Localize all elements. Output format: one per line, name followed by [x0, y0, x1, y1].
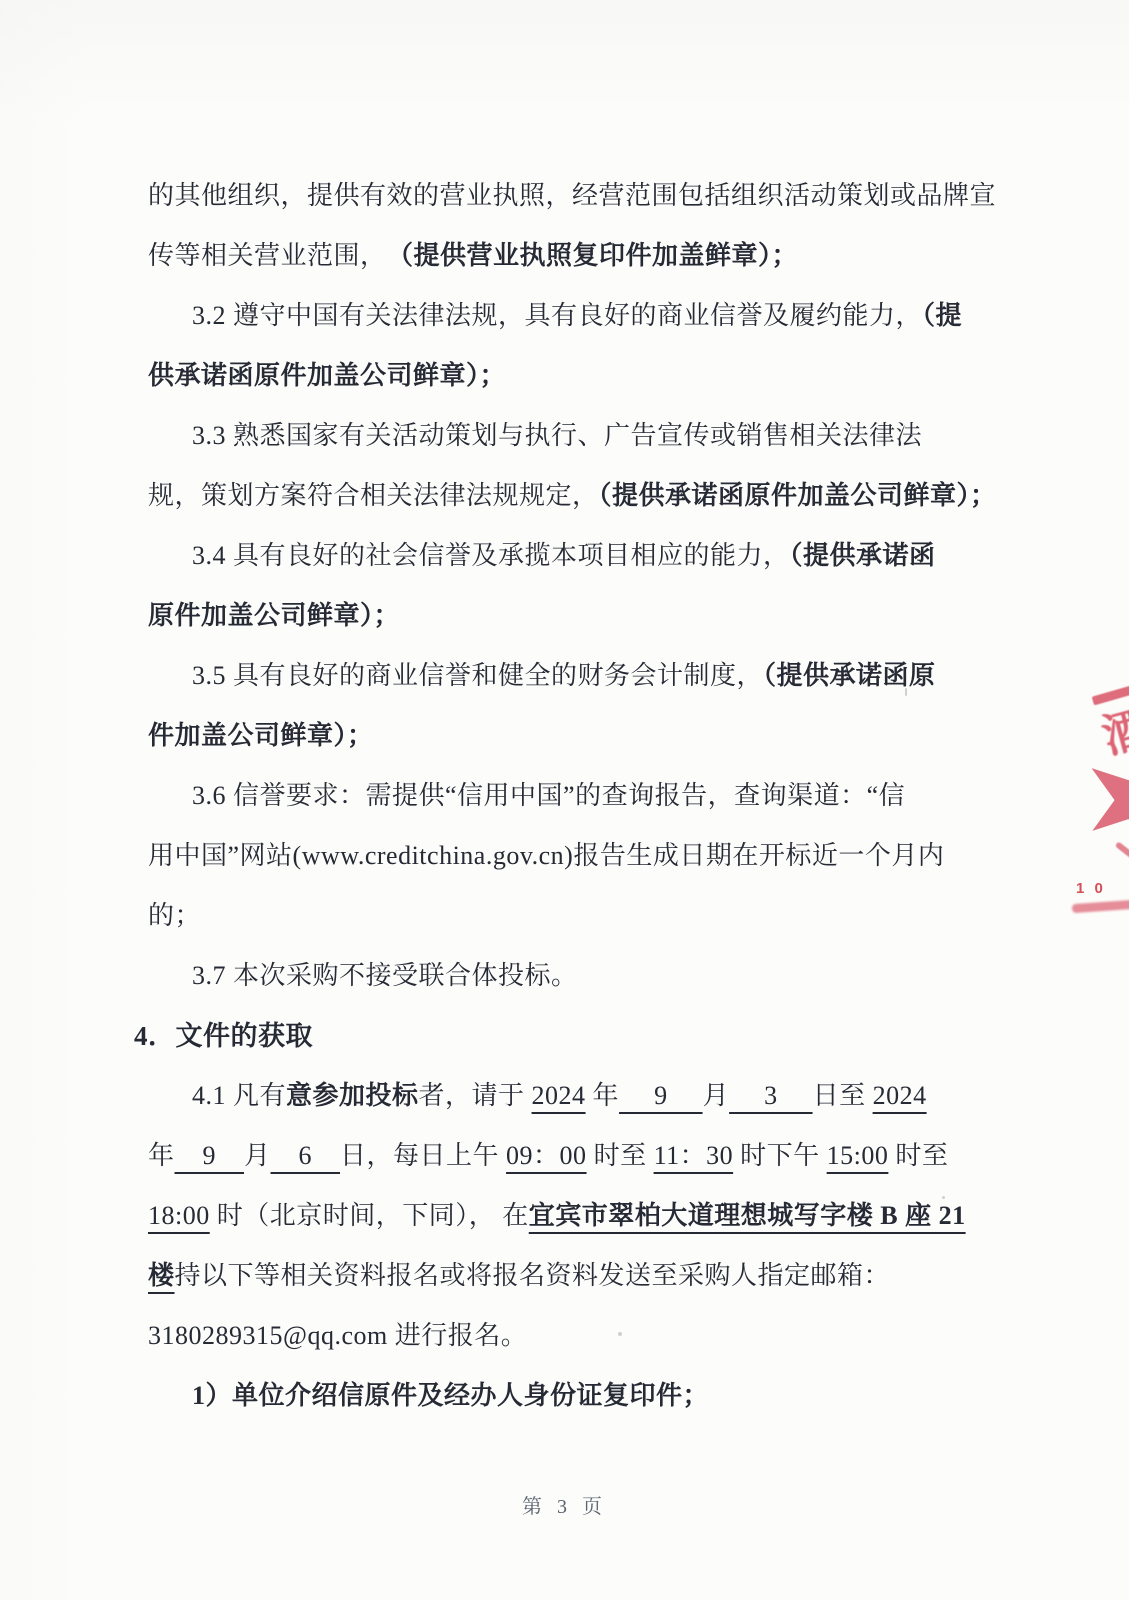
- text-run: 的其他组织，提供有效的营业执照，经营范围包括组织活动策划或品牌宣: [148, 181, 996, 210]
- paragraph: 3.2 遵守中国有关法律法规，具有良好的商业信誉及履约能力，（提供承诺函原件加盖…: [148, 286, 962, 406]
- stamp-star-icon: [1068, 732, 1129, 866]
- text-run: 4．文件的获取: [134, 1021, 313, 1051]
- paragraph: 3.4 具有良好的社会信誉及承揽本项目相应的能力，（提供承诺函原件加盖公司鲜章）…: [148, 526, 962, 646]
- text-run: 3.5 具有良好的商业信誉和健全的财务会计制度，: [192, 661, 763, 690]
- underlined-text-run: 09：00: [506, 1141, 587, 1170]
- text-run: 者，请于: [419, 1081, 532, 1110]
- text-line: 3.7 本次采购不接受联合体投标。: [148, 946, 962, 1006]
- underlined-text-run: 2024: [873, 1081, 927, 1110]
- underlined-text-run: 9: [619, 1081, 703, 1110]
- underlined-text-run: 18:00: [148, 1201, 210, 1230]
- text-run: 意参加投标: [286, 1081, 419, 1110]
- paragraph: 3.7 本次采购不接受联合体投标。: [148, 946, 962, 1006]
- stamp-stroke: [1115, 841, 1129, 861]
- text-run: （提供承诺函原: [763, 661, 936, 690]
- underlined-text-run: 15:00: [827, 1141, 889, 1170]
- text-run: 3.2 遵守中国有关法律法规，具有良好的商业信誉及履约能力，: [192, 301, 922, 330]
- stamp-number: 1 0: [1076, 880, 1106, 897]
- stamp-character: 酒: [1094, 691, 1129, 767]
- text-line: 1）单位介绍信原件及经办人身份证复印件；: [148, 1366, 962, 1426]
- text-run: 3.4 具有良好的社会信誉及承揽本项目相应的能力，: [192, 541, 790, 570]
- text-run: （提供承诺函: [790, 541, 936, 570]
- underlined-text-run: 2024: [532, 1081, 586, 1110]
- text-run: 年: [148, 1141, 175, 1170]
- text-line: 传等相关营业范围， （提供营业执照复印件加盖鲜章）；: [148, 226, 962, 286]
- text-run: 规，策划方案符合相关法律法规规定，: [148, 481, 599, 510]
- text-run: 3.7 本次采购不接受联合体投标。: [192, 961, 578, 990]
- text-line: 的；: [148, 886, 962, 946]
- text-run: 件加盖公司鲜章）；: [148, 721, 374, 750]
- text-run: 日，每日上午: [340, 1141, 506, 1170]
- text-line: 年 9 月 6 日，每日上午 09：00 时至 11：30 时下午 15:00 …: [148, 1126, 962, 1186]
- text-line: 用中国”网站(www.creditchina.gov.cn)报告生成日期在开标近…: [148, 826, 962, 886]
- underlined-text-run: 楼: [148, 1261, 175, 1290]
- text-line: 原件加盖公司鲜章）；: [148, 586, 962, 646]
- text-run: 时（北京时间，下同）， 在: [210, 1201, 529, 1230]
- text-line: 规，策划方案符合相关法律法规规定，（提供承诺函原件加盖公司鲜章）；: [148, 466, 962, 526]
- underlined-text-run: 宜宾市翠柏大道理想城写字楼 B 座 21: [529, 1201, 966, 1230]
- text-run: 3180289315@qq.com 进行报名。: [148, 1321, 527, 1350]
- text-run: 时至: [587, 1141, 654, 1170]
- text-run: 年: [586, 1081, 620, 1110]
- text-run: 月: [244, 1141, 271, 1170]
- text-line: 4．文件的获取: [134, 1006, 962, 1066]
- text-run: 4.1 凡有: [192, 1081, 286, 1110]
- text-run: 日至: [813, 1081, 873, 1110]
- text-line: 3.3 熟悉国家有关活动策划与执行、广告宣传或销售相关法律法: [148, 406, 962, 466]
- text-run: 3.3 熟悉国家有关活动策划与执行、广告宣传或销售相关法律法: [192, 421, 922, 450]
- text-line: 的其他组织，提供有效的营业执照，经营范围包括组织活动策划或品牌宣: [148, 166, 962, 226]
- text-run: 供承诺函原件加盖公司鲜章）；: [148, 361, 506, 390]
- underlined-text-run: 9: [175, 1141, 245, 1170]
- text-run: 原件加盖公司鲜章）；: [148, 601, 400, 630]
- text-run: 1）单位介绍信原件及经办人身份证复印件；: [192, 1381, 709, 1410]
- text-run: 月: [703, 1081, 730, 1110]
- text-line: 3.6 信誉要求：需提供“信用中国”的查询报告，查询渠道：“信: [148, 766, 962, 826]
- stamp-smudge: [1072, 900, 1129, 913]
- text-line: 3180289315@qq.com 进行报名。: [148, 1306, 962, 1366]
- red-stamp: 酒 1 0: [1040, 640, 1129, 940]
- document-page: 的其他组织，提供有效的营业执照，经营范围包括组织活动策划或品牌宣传等相关营业范围…: [0, 0, 1129, 1600]
- text-run: 3.6 信誉要求：需提供“信用中国”的查询报告，查询渠道：“信: [192, 781, 905, 810]
- text-run: （提: [922, 301, 962, 330]
- text-line: 件加盖公司鲜章）；: [148, 706, 962, 766]
- text-run: 用中国”网站(www.creditchina.gov.cn)报告生成日期在开标近…: [148, 841, 944, 870]
- text-run: 的；: [148, 901, 201, 930]
- paragraph: 1）单位介绍信原件及经办人身份证复印件；: [148, 1366, 962, 1426]
- page-number: 第 3 页: [0, 1490, 1129, 1519]
- text-line: 18:00 时（北京时间，下同）， 在宜宾市翠柏大道理想城写字楼 B 座 21: [148, 1186, 962, 1246]
- underlined-text-run: 6: [271, 1141, 341, 1170]
- section-heading: 4．文件的获取: [148, 1006, 962, 1066]
- text-run: 时下午: [733, 1141, 827, 1170]
- paragraph: 3.6 信誉要求：需提供“信用中国”的查询报告，查询渠道：“信用中国”网站(ww…: [148, 766, 962, 946]
- text-line: 3.4 具有良好的社会信誉及承揽本项目相应的能力，（提供承诺函: [148, 526, 962, 586]
- underlined-text-run: 3: [729, 1081, 813, 1110]
- text-line: 3.5 具有良好的商业信誉和健全的财务会计制度，（提供承诺函原: [148, 646, 962, 706]
- paragraph: 4.1 凡有意参加投标者，请于 2024 年 9 月 3 日至 2024年 9 …: [148, 1066, 962, 1366]
- paragraph: 3.3 熟悉国家有关活动策划与执行、广告宣传或销售相关法律法规，策划方案符合相关…: [148, 406, 962, 526]
- stamp-border-arc: [1092, 684, 1129, 706]
- document-body: 的其他组织，提供有效的营业执照，经营范围包括组织活动策划或品牌宣传等相关营业范围…: [148, 166, 962, 1426]
- underlined-text-run: 11：30: [654, 1141, 734, 1170]
- text-line: 供承诺函原件加盖公司鲜章）；: [148, 346, 962, 406]
- text-run: 传等相关营业范围，: [148, 241, 400, 270]
- text-line: 楼持以下等相关资料报名或将报名资料发送至采购人指定邮箱：: [148, 1246, 962, 1306]
- paragraph: 的其他组织，提供有效的营业执照，经营范围包括组织活动策划或品牌宣传等相关营业范围…: [148, 166, 962, 286]
- paragraph: 3.5 具有良好的商业信誉和健全的财务会计制度，（提供承诺函原件加盖公司鲜章）；: [148, 646, 962, 766]
- text-run: 时至: [888, 1141, 948, 1170]
- text-run: 持以下等相关资料报名或将报名资料发送至采购人指定邮箱：: [175, 1261, 891, 1290]
- text-run: （提供承诺函原件加盖公司鲜章）；: [599, 481, 997, 510]
- text-run: （提供营业执照复印件加盖鲜章）；: [400, 241, 798, 270]
- text-line: 4.1 凡有意参加投标者，请于 2024 年 9 月 3 日至 2024: [148, 1066, 962, 1126]
- text-line: 3.2 遵守中国有关法律法规，具有良好的商业信誉及履约能力，（提: [148, 286, 962, 346]
